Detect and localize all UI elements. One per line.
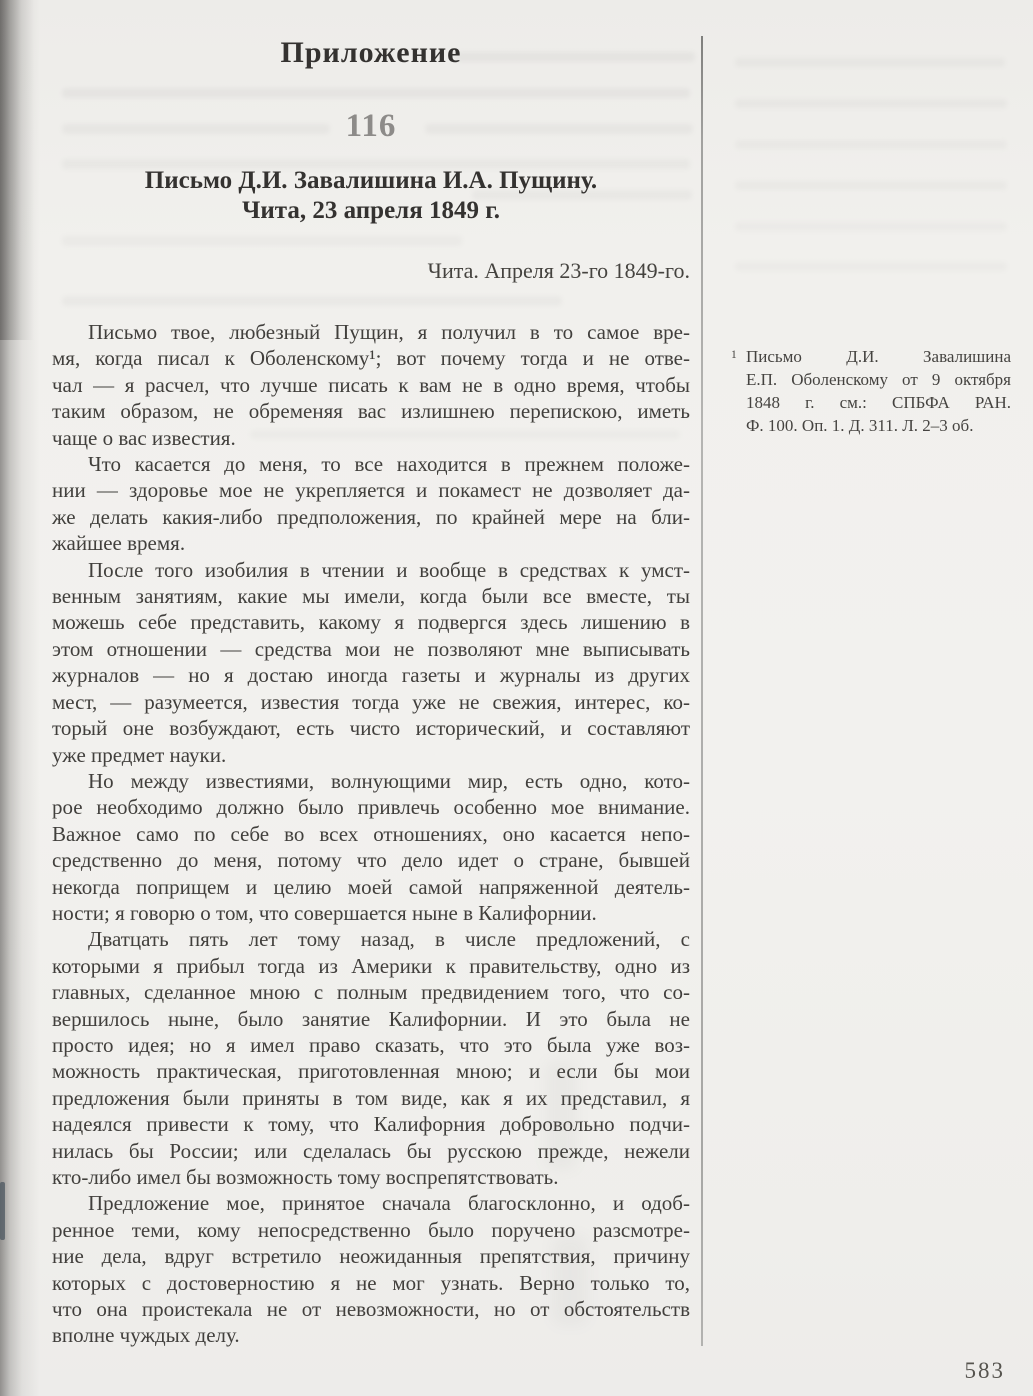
text-line: которых с достоверностию я не мог узнать… xyxy=(52,1270,690,1296)
text-line: Дватцать пять лет тому назад, в числе пр… xyxy=(52,926,690,952)
paragraph: Письмо твое, любезный Пущин, я получил в… xyxy=(52,319,690,451)
text-line: некогда поприщем и целию моей самой напр… xyxy=(52,874,690,900)
document-title-line: Письмо Д.И. Завалишина И.А. Пущину. xyxy=(52,166,690,196)
footnote-line: Ф. 100. Оп. 1. Д. 311. Л. 2–3 об. xyxy=(746,414,1011,437)
text-line: чал — я расчел, что лучше писать к вам н… xyxy=(52,372,690,398)
footnote-line: Е.П. Оболенскому от 9 октября xyxy=(746,368,1011,391)
bleedthrough-line xyxy=(735,58,1005,67)
page-number: 583 xyxy=(880,1358,1005,1384)
text-line: же делать какия-либо предположения, по к… xyxy=(52,504,690,530)
text-line: журналов — но я достаю иногда газеты и ж… xyxy=(52,662,690,688)
text-line: жайшее время. xyxy=(52,530,690,556)
document-number: 116 xyxy=(52,108,690,145)
paragraph: Предложение мое, принятое сначала благос… xyxy=(52,1190,690,1348)
footnote-line: 1848 г. см.: СПБФА РАН. xyxy=(746,391,1011,414)
bleedthrough-line xyxy=(735,99,1007,108)
footnote-text: Письмо Д.И. ЗавалишинаЕ.П. Оболенскому о… xyxy=(746,345,1011,437)
bleedthrough-line xyxy=(62,296,562,306)
text-line: Но между известиями, волнующими мир, ест… xyxy=(52,768,690,794)
text-line: рое необходимо должно было привлечь особ… xyxy=(52,794,690,820)
text-line: Письмо твое, любезный Пущин, я получил в… xyxy=(52,319,690,345)
scanned-book-page: Приложение 116 Письмо Д.И. Завалишина И.… xyxy=(0,0,1033,1396)
text-line: мя, когда писал к Оболенскому¹; вот поче… xyxy=(52,345,690,371)
text-line: чаще о вас известия. xyxy=(52,425,690,451)
paragraph: Что касается до меня, то все находится в… xyxy=(52,451,690,557)
document-title-line: Чита, 23 апреля 1849 г. xyxy=(52,196,690,226)
bleedthrough-line xyxy=(735,140,1007,149)
column-divider-rule xyxy=(701,36,703,1346)
document-title: Письмо Д.И. Завалишина И.А. Пущину. Чита… xyxy=(52,166,690,226)
paragraph: После того изобилия в чтении и вообще в … xyxy=(52,557,690,768)
section-header: Приложение xyxy=(52,36,690,70)
text-line: Предложение мое, принятое сначала благос… xyxy=(52,1190,690,1216)
text-line: После того изобилия в чтении и вообще в … xyxy=(52,557,690,583)
bleedthrough-line xyxy=(62,236,462,246)
text-line: предложения были приняты в том виде, как… xyxy=(52,1085,690,1111)
scan-edge-shadow-top xyxy=(0,0,34,340)
text-line: можешь себе представить, какому я подвер… xyxy=(52,609,690,635)
text-line: которыми я прибыл тогда из Америки к пра… xyxy=(52,953,690,979)
text-line: вершилось ныне, было занятие Калифорнии.… xyxy=(52,1006,690,1032)
text-line: вполне чуждых делу. xyxy=(52,1322,690,1348)
text-line: Важное само по себе во всех отношениях, … xyxy=(52,821,690,847)
text-line: нии — здоровье мое не укрепляется и пока… xyxy=(52,477,690,503)
bleedthrough-line xyxy=(735,262,1007,271)
bleedthrough-line xyxy=(735,222,1007,231)
text-line: просто идея; но я имел право сказать, чт… xyxy=(52,1032,690,1058)
text-line: Что касается до меня, то все находится в… xyxy=(52,451,690,477)
text-line: таким образом, не обременяя вас излишнею… xyxy=(52,398,690,424)
footnote-line: Письмо Д.И. Завалишина xyxy=(746,345,1011,368)
paragraph: Но между известиями, волнующими мир, ест… xyxy=(52,768,690,926)
scan-edge-mark xyxy=(0,1182,5,1240)
text-line: мест, — разумеется, известия тогда уже н… xyxy=(52,689,690,715)
letter-body: Письмо твое, любезный Пущин, я получил в… xyxy=(52,319,690,1349)
text-line: ности; я говорю о том, что совершается н… xyxy=(52,900,690,926)
text-line: что она проистекала не от невозможности,… xyxy=(52,1296,690,1322)
text-line: нилась бы России; или сделалась бы русск… xyxy=(52,1138,690,1164)
text-line: главных, сделанное мною с полным предвид… xyxy=(52,979,690,1005)
text-line: торый оне возбуждают, есть чисто историч… xyxy=(52,715,690,741)
text-line: кто-либо имел бы возможность тому воспре… xyxy=(52,1164,690,1190)
text-line: уже предмет науки. xyxy=(52,742,690,768)
footnote-marker: 1 xyxy=(731,344,737,367)
footnote: 1 Письмо Д.И. ЗавалишинаЕ.П. Оболенскому… xyxy=(729,345,1011,437)
text-line: ние дела, вдруг встретило неожиданныя пр… xyxy=(52,1243,690,1269)
text-line: венным занятиям, какие мы имели, когда б… xyxy=(52,583,690,609)
text-line: этом отношении — средства мои не позволя… xyxy=(52,636,690,662)
text-line: можность практическая, приготовленная мн… xyxy=(52,1058,690,1084)
text-line: надеялся привести к тому, что Калифорния… xyxy=(52,1111,690,1137)
bleedthrough-line xyxy=(62,88,690,98)
text-line: ренное теми, кому непосредственно было п… xyxy=(52,1217,690,1243)
paragraph: Дватцать пять лет тому назад, в числе пр… xyxy=(52,926,690,1190)
letter-dateline: Чита. Апреля 23-го 1849-го. xyxy=(52,258,690,284)
text-line: средственно до меня, потому что дело иде… xyxy=(52,847,690,873)
bleedthrough-line xyxy=(735,181,1007,190)
